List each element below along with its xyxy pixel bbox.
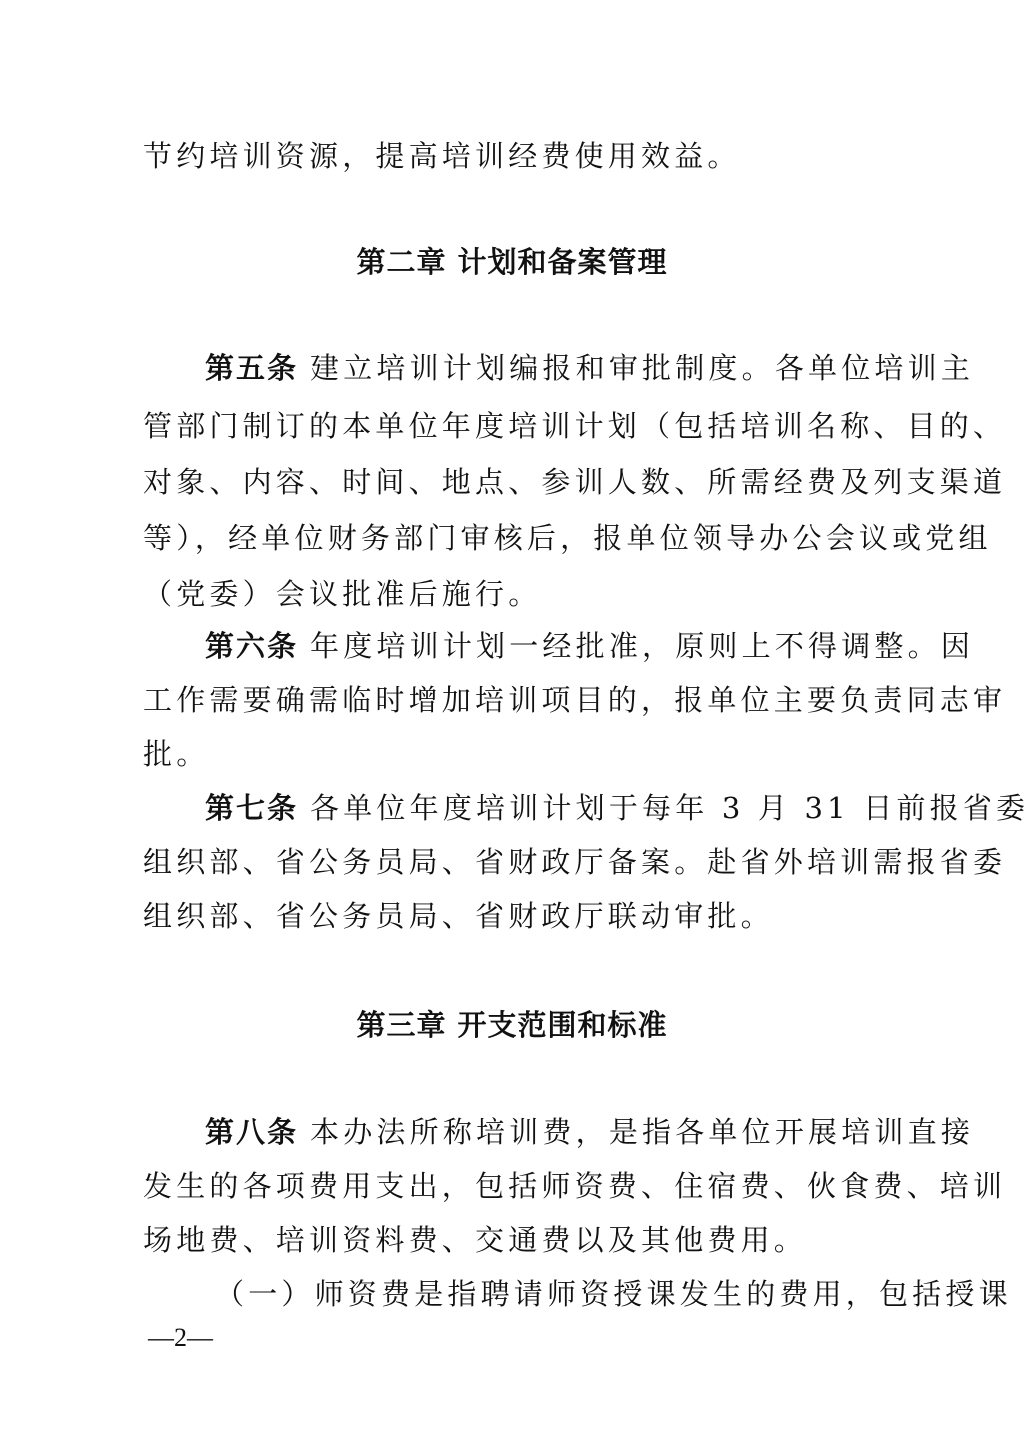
chapter-3-heading: 第三章 开支范围和标准 — [0, 1005, 1024, 1045]
article-5-line-1: 第五条建立培训计划编报和审批制度。各单位培训主 — [205, 348, 974, 388]
article-7-line-3: 组织部、省公务员局、省财政厅联动审批。 — [143, 896, 774, 936]
article-6-line-2: 工作需要确需临时增加培训项目的，报单位主要负责同志审 — [143, 680, 1006, 720]
article-5-line-4: 等），经单位财务部门审核后，报单位领导办公会议或党组 — [143, 518, 992, 558]
article-6-line-1: 第六条年度培训计划一经批准，原则上不得调整。因 — [205, 626, 974, 666]
article-8-line-1: 第八条本办法所称培训费，是指各单位开展培训直接 — [205, 1112, 974, 1152]
article-7-line-2: 组织部、省公务员局、省财政厅备案。赴省外培训需报省委 — [143, 842, 1006, 882]
article-7-label: 第七条 — [205, 791, 298, 825]
page-number: —2— — [148, 1320, 213, 1356]
chapter-2-heading: 第二章 计划和备案管理 — [0, 242, 1024, 282]
article-5-line-2: 管部门制订的本单位年度培训计划（包括培训名称、目的、 — [143, 406, 1006, 446]
document-page: 节约培训资源，提高培训经费使用效益。 第二章 计划和备案管理 第五条建立培训计划… — [0, 0, 1024, 1455]
article-7-line-1: 第七条各单位年度培训计划于每年 3 月 31 日前报省委 — [205, 788, 1024, 828]
article-8-line-2: 发生的各项费用支出，包括师资费、住宿费、伙食费、培训 — [143, 1166, 1006, 1206]
article-6-label: 第六条 — [205, 629, 298, 663]
article-6-line-3: 批。 — [143, 734, 209, 774]
item-1-line: （一）师资费是指聘请师资授课发生的费用，包括授课 — [215, 1274, 1012, 1314]
article-5-label: 第五条 — [205, 351, 298, 385]
article-8-line-3: 场地费、培训资料费、交通费以及其他费用。 — [143, 1220, 807, 1260]
article-5-line-3: 对象、内容、时间、地点、参训人数、所需经费及列支渠道 — [143, 462, 1006, 502]
intro-tail-text: 节约培训资源，提高培训经费使用效益。 — [143, 136, 741, 176]
article-8-label: 第八条 — [205, 1115, 298, 1149]
article-5-line-5: （党委）会议批准后施行。 — [143, 574, 541, 614]
